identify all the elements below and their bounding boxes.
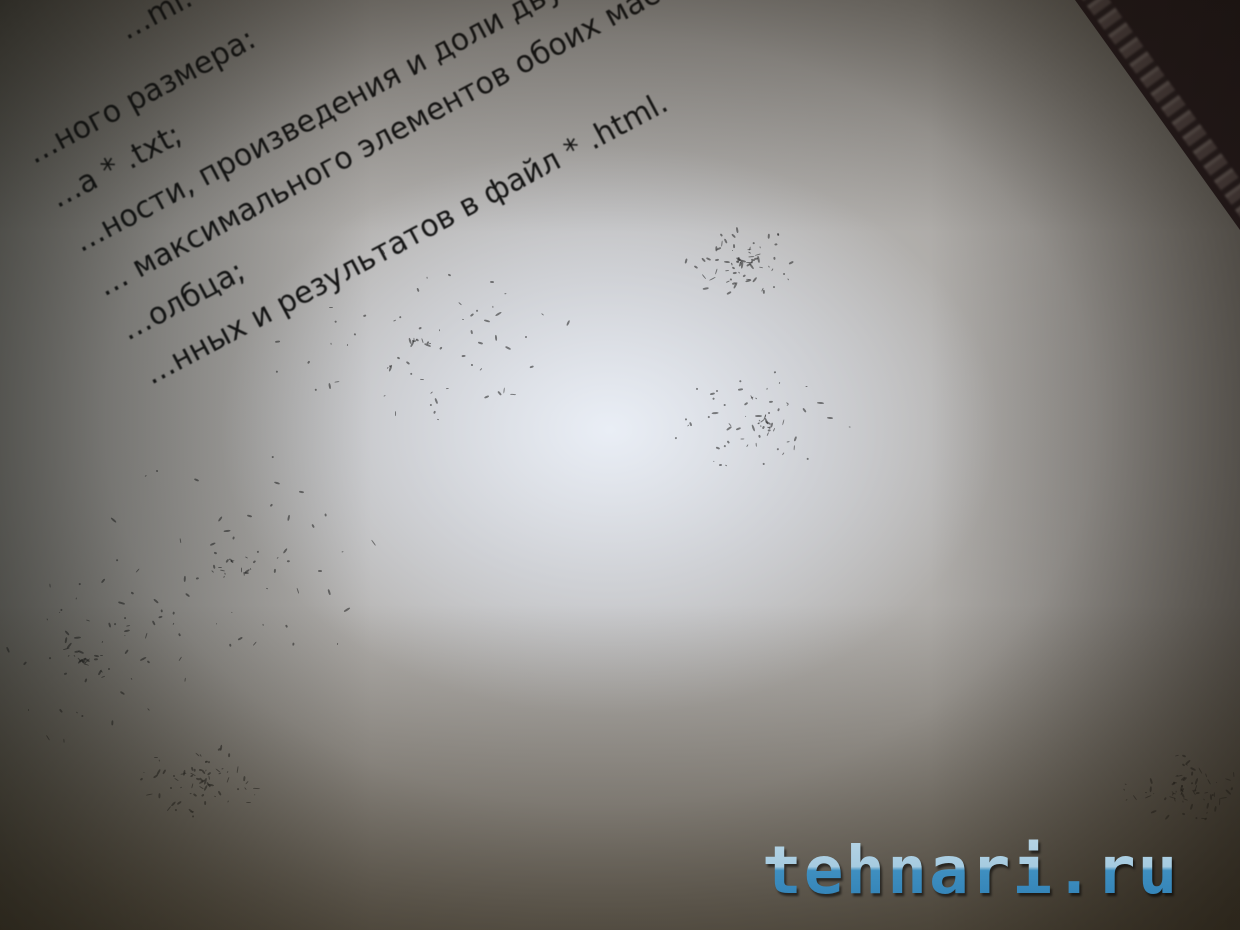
toner-speck (724, 261, 730, 263)
toner-speck (184, 677, 186, 681)
toner-speck (227, 753, 229, 757)
toner-speck (324, 513, 326, 516)
toner-speck (433, 410, 436, 413)
toner-speck (793, 445, 794, 450)
toner-speck (477, 341, 482, 344)
toner-speck (1218, 798, 1220, 805)
toner-speck (275, 340, 280, 342)
toner-speck (271, 456, 273, 458)
toner-speck (827, 417, 834, 420)
toner-speck (315, 388, 317, 390)
toner-speck (719, 464, 722, 466)
toner-speck (102, 640, 104, 642)
toner-speck (292, 642, 294, 645)
toner-speck (733, 244, 735, 248)
toner-speck (299, 490, 304, 493)
toner-speck (439, 329, 440, 331)
toner-speck (774, 243, 778, 246)
toner-speck (1174, 798, 1176, 802)
toner-speck (130, 678, 132, 680)
toner-speck (80, 715, 83, 718)
watermark-logo: tehnari.ru (762, 832, 1179, 909)
toner-speck (240, 567, 242, 572)
toner-speck (773, 256, 775, 259)
toner-speck (108, 668, 110, 670)
toner-speck (208, 776, 210, 780)
toner-speck (1209, 794, 1212, 800)
toner-speck (231, 560, 233, 562)
toner-speck (179, 538, 181, 543)
toner-speck (1175, 791, 1176, 793)
toner-speck (111, 720, 113, 725)
toner-speck (1232, 772, 1234, 777)
toner-speck (246, 801, 251, 803)
toner-speck (63, 739, 65, 743)
toner-speck (740, 438, 744, 440)
toner-speck (218, 567, 222, 568)
toner-speck (731, 263, 732, 265)
toner-speck (224, 572, 226, 574)
toner-speck (318, 570, 322, 572)
toner-speck (471, 330, 473, 334)
toner-speck (410, 372, 412, 374)
toner-speck (755, 443, 757, 447)
photo-scene: …файл; …функций sin, cos, tg, √, ˣ√, eˣ;… (0, 0, 1240, 930)
toner-speck (413, 337, 414, 341)
toner-speck (213, 551, 216, 553)
toner-speck (193, 769, 196, 772)
toner-speck (328, 383, 331, 389)
toner-speck (753, 242, 755, 244)
